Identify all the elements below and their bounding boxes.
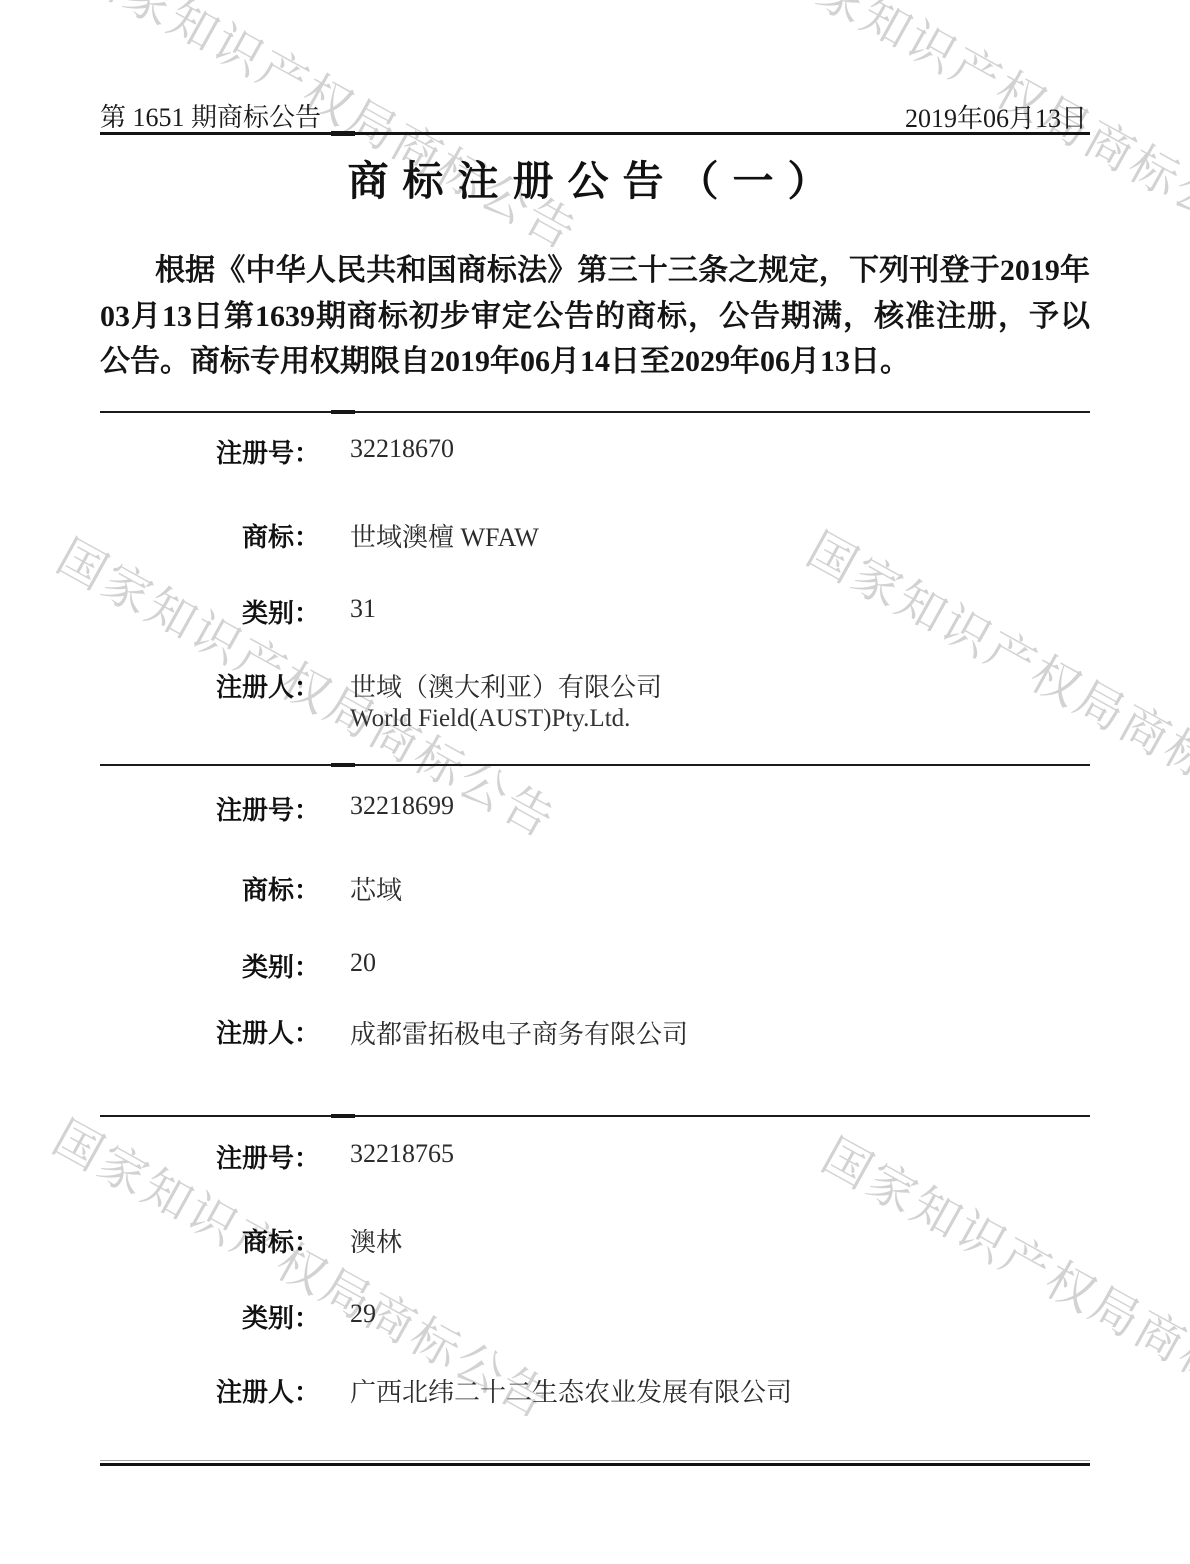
trademark-value: 芯域: [350, 870, 402, 907]
trademark-value: 世域澳檀 WFAW: [350, 517, 539, 554]
trademark-label: 商标：: [100, 870, 320, 907]
category-value: 20: [350, 948, 376, 978]
registrant-value: 世域（澳大利亚）有限公司: [350, 667, 662, 704]
page-title: 商标注册公告（一）: [100, 148, 1090, 207]
trademark-label: 商标：: [100, 517, 320, 554]
separator-rule: [100, 1115, 1090, 1117]
reg-no-value: 32218699: [350, 791, 454, 821]
intro-line-3: 公告。商标专用权期限自2019年06月14日至2029年06月13日。: [100, 336, 1090, 380]
trademark-gazette-page: 国家知识产权局商标公告 国家知识产权局商标公告 国家知识产权局商标公告 国家知识…: [0, 0, 1190, 1564]
registrant-value: 广西北纬二十二生态农业发展有限公司: [350, 1372, 792, 1409]
reg-no-value: 32218670: [350, 434, 454, 464]
trademark-value: 澳林: [350, 1222, 402, 1259]
reg-no-label: 注册号：: [100, 1138, 320, 1175]
reg-no-label: 注册号：: [100, 790, 320, 827]
separator-rule: [100, 764, 1090, 766]
header-rule: [100, 132, 1090, 135]
rule-joint-mark: [331, 410, 355, 414]
rule-joint-mark: [331, 1114, 355, 1118]
reg-no-label: 注册号：: [100, 433, 320, 470]
rule-joint-mark: [331, 131, 355, 136]
intro-line-1: 根据《中华人民共和国商标法》第三十三条之规定，下列刊登于2019年: [100, 245, 1090, 289]
bottom-rule: [100, 1463, 1090, 1466]
separator-rule: [100, 411, 1090, 413]
watermark-text: 国家知识产权局商标公告: [797, 512, 1190, 844]
trademark-label: 商标：: [100, 1222, 320, 1259]
category-value: 29: [350, 1299, 376, 1329]
registrant-value: 成都雷拓极电子商务有限公司: [350, 1014, 688, 1051]
category-label: 类别：: [100, 593, 320, 630]
registrant-label: 注册人：: [100, 1372, 320, 1409]
category-label: 类别：: [100, 1298, 320, 1335]
registrant-label: 注册人：: [100, 1013, 320, 1050]
intro-line-2: 03月13日第1639期商标初步审定公告的商标，公告期满，核准注册，予以: [100, 291, 1090, 335]
bottom-rule-shadow: [100, 1460, 1090, 1461]
registrant-en-value: World Field(AUST)Pty.Ltd.: [350, 705, 630, 733]
publish-date: 2019年06月13日: [905, 98, 1087, 135]
reg-no-value: 32218765: [350, 1139, 454, 1169]
rule-joint-mark: [331, 763, 355, 767]
watermark-text: 国家知识产权局商标公告: [812, 1118, 1190, 1450]
registrant-label: 注册人：: [100, 667, 320, 704]
category-label: 类别：: [100, 947, 320, 984]
category-value: 31: [350, 594, 376, 624]
issue-number: 第 1651 期商标公告: [100, 97, 321, 134]
